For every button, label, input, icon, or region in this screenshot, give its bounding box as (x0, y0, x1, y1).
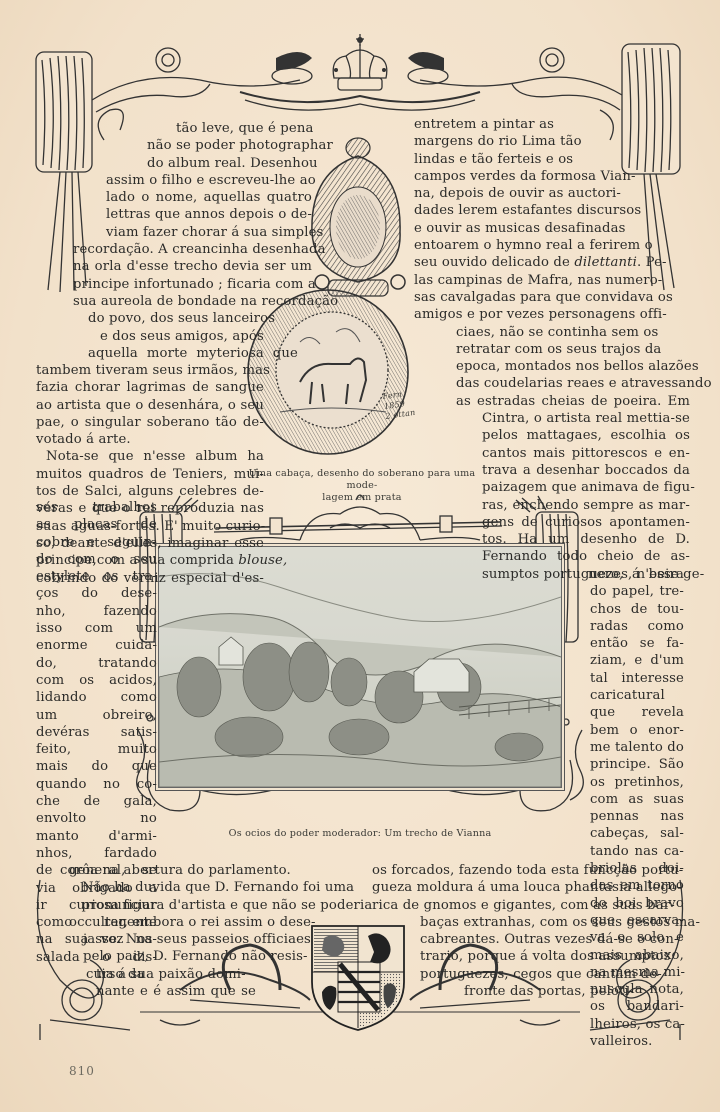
right-column-bottom: os forcados, fazendo toda esta funcção p… (372, 862, 672, 1000)
left-column-top: tão leve, que é pena não se poder photog… (52, 120, 312, 362)
left-column-bottom: corôa na abertura do parlamento. Não ha … (60, 862, 350, 1000)
page-number: 810 (69, 1064, 95, 1078)
line-with-italic: seu ouvido delicado de dilettanti. Pe- (414, 254, 647, 271)
crown-icon (333, 34, 387, 90)
right-column-top: entretem a pintar as margens do rio Lima… (414, 116, 684, 583)
landscape-caption: Os ocios do poder moderador: Um trecho d… (210, 828, 510, 840)
gourd-signature: Fern 1859 2 ottan (382, 388, 416, 422)
top-ornament-border (0, 0, 720, 130)
